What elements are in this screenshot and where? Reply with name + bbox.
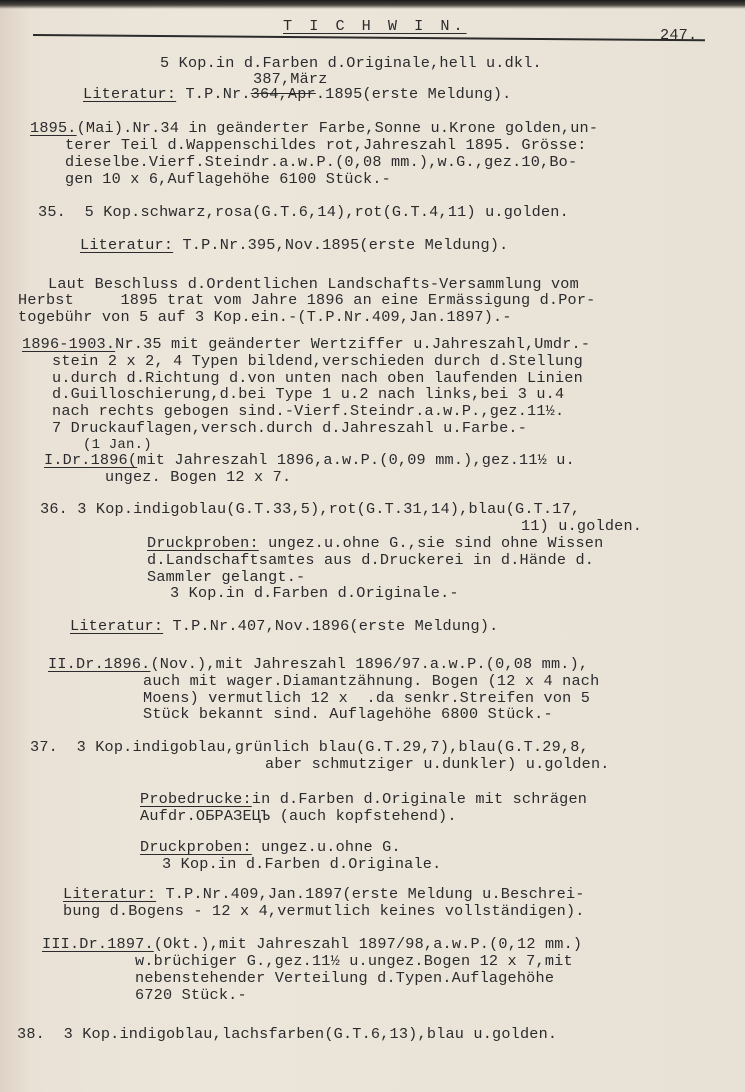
stamp-entry-38: 38. 3 Kop.indigoblau,lachsfarben(G.T.6,1… — [17, 1026, 557, 1042]
text-line: Stück bekannt sind. Auflagehöhe 6800 Stü… — [143, 706, 553, 722]
text-line: 3 Kop.in d.Farben d.Originale. — [162, 856, 441, 872]
text-span: (Okt.),mit Jahreszahl 1897/98,a.w.P.(0,1… — [154, 935, 582, 953]
issue-label: 1896-1903. — [22, 335, 115, 353]
text-line: d.Guilloschierung,d.bei Type 1 u.2 nach … — [52, 386, 564, 402]
issue-label: 1895. — [30, 119, 77, 137]
text-span: T.P.Nr.407,Nov.1896(erste Meldung). — [163, 617, 498, 635]
text-line: 11) u.golden. — [521, 518, 642, 534]
stamp-entry-36: 36. 3 Kop.indigoblau(G.T.33,5),rot(G.T.3… — [40, 501, 580, 517]
literatur-line: Literatur: T.P.Nr.364,Apr.1895(erste Mel… — [83, 86, 511, 102]
text-line: w.brüchiger G.,gez.11½ u.ungez.Bogen 12 … — [135, 953, 573, 969]
druckproben-line: Druckproben: ungez.u.ohne G.,sie sind oh… — [147, 535, 603, 551]
text-line: nebenstehender Verteilung d.Typen.Auflag… — [135, 970, 554, 986]
druckproben-line: Druckproben: ungez.u.ohne G. — [140, 839, 401, 855]
text-line: aber schmutziger u.dunkler) u.golden. — [265, 756, 610, 772]
page-top-shadow — [0, 0, 745, 9]
probedrucke-label: Probedrucke: — [140, 790, 252, 808]
text-line: dieselbe.Vierf.Steindr.a.w.P.(0,08 mm.),… — [65, 154, 577, 170]
text-line: Herbst 1895 trat vom Jahre 1896 an eine … — [18, 292, 595, 308]
text-span: T.P.Nr. — [176, 85, 251, 103]
issue-line: 1896-1903.Nr.35 mit geänderter Wertziffe… — [22, 336, 590, 352]
literatur-label: Literatur: — [70, 617, 163, 635]
probedrucke-line: Probedrucke:in d.Farben d.Originale mit … — [140, 791, 587, 807]
text-span: mit Jahreszahl 1896,a.w.P.(0,09 mm.),gez… — [137, 451, 575, 469]
text-span: T.P.Nr.409,Jan.1897(erste Meldung u.Besc… — [156, 885, 584, 903]
stamp-entry-35: 35. 5 Kop.schwarz,rosa(G.T.6,14),rot(G.T… — [38, 204, 569, 220]
issue-line: I.Dr.1896(mit Jahreszahl 1896,a.w.P.(0,0… — [44, 452, 575, 468]
text-line: Moens) vermutlich 12 x .da senkr.Streife… — [143, 690, 590, 706]
text-span: ungez.u.ohne G.,sie sind ohne Wissen — [259, 534, 604, 552]
text-line: u.durch d.Richtung d.von unten nach oben… — [52, 370, 583, 386]
text-line: 7 Druckauflagen,versch.durch d.Jahreszah… — [52, 420, 527, 436]
issue-line: II.Dr.1896.(Nov.),mit Jahreszahl 1896/97… — [48, 656, 588, 672]
text-line: auch mit wager.Diamantzähnung. Bogen (12… — [143, 673, 599, 689]
text-line: 3 Kop.in d.Farben d.Originale.- — [170, 585, 459, 601]
text-line: stein 2 x 2, 4 Typen bildend,verschieden… — [52, 353, 583, 369]
text-line: Laut Beschluss d.Ordentlichen Landschaft… — [48, 276, 579, 292]
literatur-line: Literatur: T.P.Nr.409,Jan.1897(erste Mel… — [63, 886, 585, 902]
text-span: T.P.Nr.395,Nov.1895(erste Meldung). — [173, 236, 508, 254]
text-line: togebühr von 5 auf 3 Kop.ein.-(T.P.Nr.40… — [18, 309, 512, 325]
text-span: (Nov.),mit Jahreszahl 1896/97.a.w.P.(0,0… — [150, 655, 588, 673]
text-line: Aufdr.ОБРАЗЕЦЪ (auch kopfstehend). — [140, 808, 457, 824]
running-header-title: T I C H W I N. — [283, 18, 467, 34]
text-line: bung d.Bogens - 12 x 4,vermutlich keines… — [63, 903, 585, 919]
literatur-label: Literatur: — [80, 236, 173, 254]
literatur-line: Literatur: T.P.Nr.407,Nov.1896(erste Mel… — [70, 618, 498, 634]
text-line: d.Landschaftsamtes aus d.Druckerei in d.… — [147, 552, 594, 568]
issue-line: 1895.(Mai).Nr.34 in geänderter Farbe,Son… — [30, 120, 598, 136]
issue-line: III.Dr.1897.(Okt.),mit Jahreszahl 1897/9… — [42, 936, 582, 952]
text-line: gen 10 x 6,Auflagehöhe 6100 Stück.- — [65, 171, 391, 187]
text-span: ungez.u.ohne G. — [252, 838, 401, 856]
text-span: in d.Farben d.Originale mit schrägen — [252, 790, 587, 808]
literatur-line: Literatur: T.P.Nr.395,Nov.1895(erste Mel… — [80, 237, 508, 253]
literatur-label: Literatur: — [83, 85, 176, 103]
druckproben-label: Druckproben: — [147, 534, 259, 552]
stamp-entry-37: 37. 3 Kop.indigoblau,grünlich blau(G.T.2… — [30, 739, 589, 755]
header-rule — [33, 34, 705, 41]
text-line: Sammler gelangt.- — [147, 569, 305, 585]
struck-text: 364,Apr — [251, 85, 316, 103]
text-span: Nr.35 mit geänderter Wertziffer u.Jahres… — [115, 335, 590, 353]
text-line: nach rechts gebogen sind.-Vierf.Steindr.… — [52, 403, 564, 419]
text-line: 5 Kop.in d.Farben d.Originale,hell u.dkl… — [160, 55, 542, 71]
text-line: terer Teil d.Wappenschildes rot,Jahresza… — [65, 137, 587, 153]
text-span: (Mai).Nr.34 in geänderter Farbe,Sonne u.… — [77, 119, 599, 137]
text-line: 6720 Stück.- — [135, 987, 247, 1003]
literatur-label: Literatur: — [63, 885, 156, 903]
issue-label: III.Dr.1897. — [42, 935, 154, 953]
issue-label: I.Dr.1896( — [44, 451, 137, 469]
issue-label: II.Dr.1896. — [48, 655, 150, 673]
druckproben-label: Druckproben: — [140, 838, 252, 856]
text-span: .1895(erste Meldung). — [316, 85, 512, 103]
text-line: ungez. Bogen 12 x 7. — [105, 469, 291, 485]
